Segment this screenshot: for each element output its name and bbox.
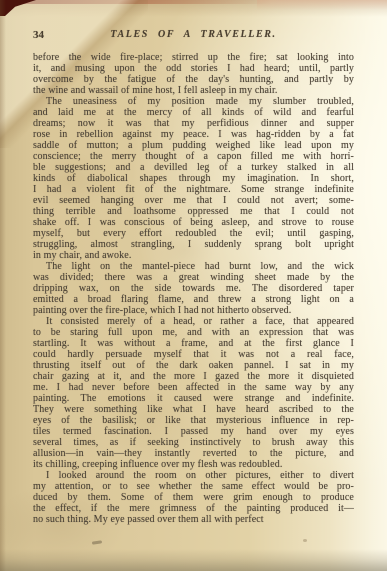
page-left-edge-shadow (0, 0, 6, 571)
text-line: in my chair, and awoke. (33, 250, 354, 261)
top-right-edge-tint (257, 0, 387, 10)
text-line: my attention, or to see whether the same… (33, 481, 354, 492)
text-line: They were something like what I have hea… (33, 404, 354, 415)
page-text: before the wide fire-place; stirred up t… (33, 52, 354, 525)
text-line: I looked around the room on other pictur… (33, 470, 354, 481)
text-line: dreams; now it was that my perfidious di… (33, 118, 354, 129)
running-header: 34 TALES OF A TRAVELLER. (33, 29, 354, 42)
text-line: painting over the fire-place, which I ha… (33, 305, 354, 316)
text-line: the effect, if the mere grimness of the … (33, 503, 354, 514)
page-bottom-edge-shadow (0, 549, 387, 571)
text-line: rose in rebellion against my peace. I wa… (33, 129, 354, 140)
text-line: saddle of mutton; a plum pudding weighed… (33, 140, 354, 151)
text-line: several times, as if seeking instinctive… (33, 437, 354, 448)
text-line: its chilling, creeping influence over my… (33, 459, 354, 470)
text-line: no such thing. My eye passed over them a… (33, 514, 354, 525)
text-line: and laid me at the mercy of all kinds of… (33, 107, 354, 118)
text-line: could hardly persuade myself that it was… (33, 349, 354, 360)
page-number: 34 (33, 29, 44, 41)
text-line: chair gazing at it, and the more I gazed… (33, 371, 354, 382)
text-line: ble suggestions; and a devilled leg of a… (33, 162, 354, 173)
text-line: thrusting itself out of the dark oaken p… (33, 360, 354, 371)
text-line: It consisted merely of a head, or rather… (33, 316, 354, 327)
text-line: overcome by the fatigue of the day's hun… (33, 74, 354, 85)
running-title: TALES OF A TRAVELLER. (33, 29, 354, 40)
text-line: duced by them. Some of them were grim en… (33, 492, 354, 503)
text-line: startling. It was without a frame, and a… (33, 338, 354, 349)
book-page: 34 TALES OF A TRAVELLER. before the wide… (0, 0, 387, 571)
text-line: before the wide fire-place; stirred up t… (33, 52, 354, 63)
text-line: I had a violent fit of the nightmare. So… (33, 184, 354, 195)
text-line: evil seemed hanging over me that I could… (33, 195, 354, 206)
text-line: tiles termed fascination. I passed my ha… (33, 426, 354, 437)
paper-speck (303, 539, 307, 542)
text-line: The uneasiness of my position made my sl… (33, 96, 354, 107)
text-line: struggling, almost strangling, I suddenl… (33, 239, 354, 250)
text-line: The light on the mantel-piece had burnt … (33, 261, 354, 272)
text-line: dripping wax, on the side towards me. Th… (33, 283, 354, 294)
ink-smudge (92, 540, 102, 544)
text-line: emitted a broad flaring flame, and threw… (33, 294, 354, 305)
text-line: me. I had never before been affected in … (33, 382, 354, 393)
text-line: conscience; the merry thought of a capon… (33, 151, 354, 162)
text-line: to be staring full upon me, and with an … (33, 327, 354, 338)
text-line: painting. The emotions it caused were st… (33, 393, 354, 404)
text-line: thing terrible and loathsome oppressed m… (33, 206, 354, 217)
text-line: myself, but every effort redoubled the e… (33, 228, 354, 239)
text-line: was divided; there was a great winding s… (33, 272, 354, 283)
text-line: allusion—in vain—they instantly reverted… (33, 448, 354, 459)
text-line: shake off. I was conscious of being asle… (33, 217, 354, 228)
text-line: eyes of the basilisk; or like that myste… (33, 415, 354, 426)
text-line: kinds of diabolical shapes through my im… (33, 173, 354, 184)
text-line: it, and musing upon the odd stories I ha… (33, 63, 354, 74)
text-line: the wine and wassail of mine host, I fel… (33, 85, 354, 96)
